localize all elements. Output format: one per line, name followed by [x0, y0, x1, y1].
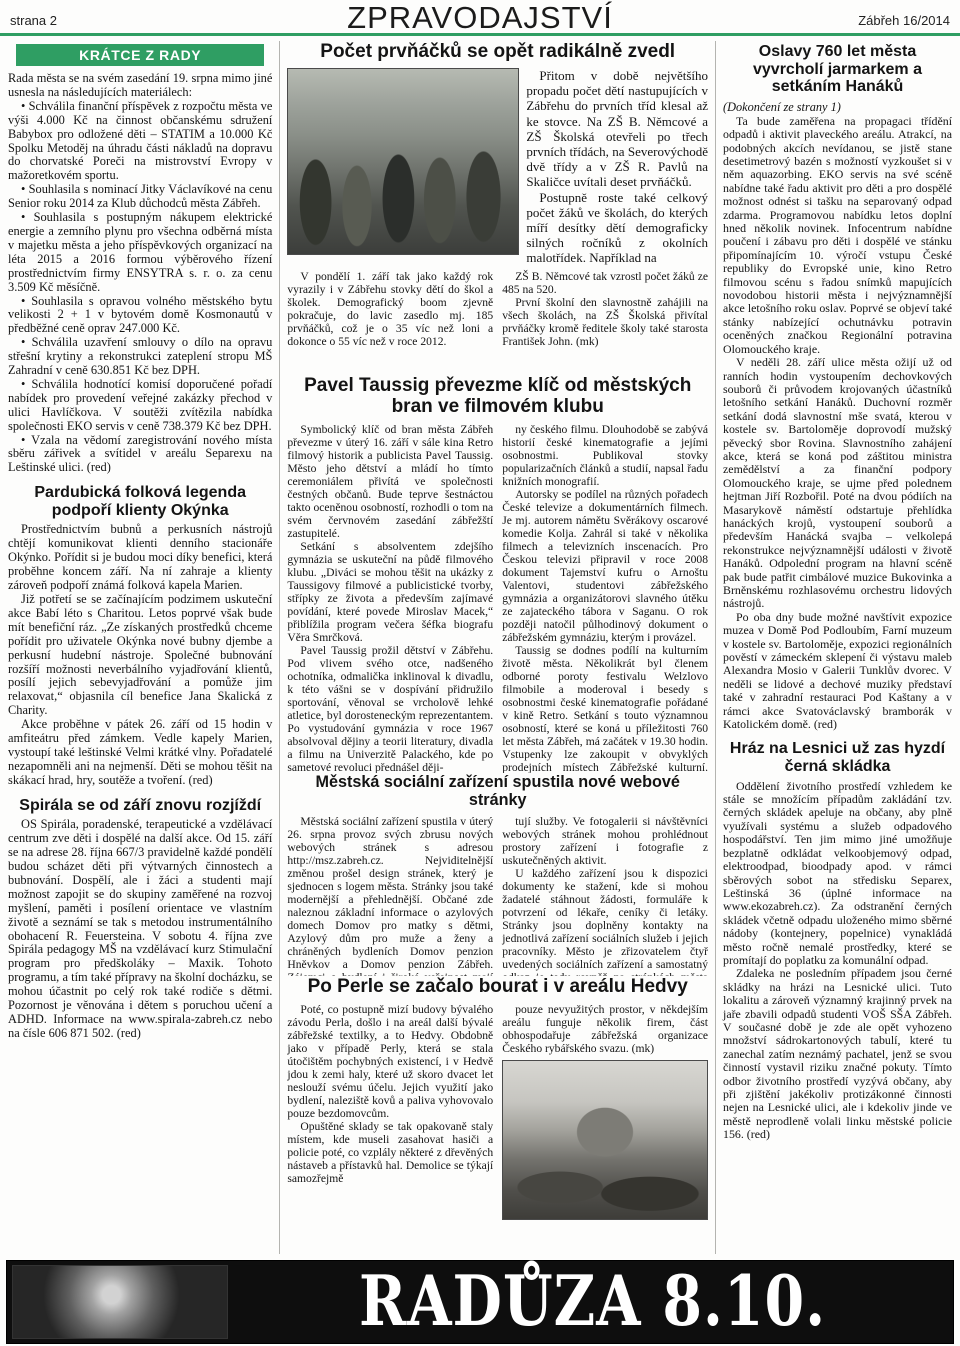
page-columns: KRÁTCE Z RADY Rada města se na svém zase… [0, 36, 960, 1254]
paragraph: • Souhlasila s nominací Jitky Václavíkov… [8, 183, 272, 211]
article-headline-taussig: Pavel Taussig převezme klíč od městských… [287, 376, 708, 418]
article-spirala-body: OS Spirála, poradenské, terapeutické a v… [8, 818, 272, 1041]
page-number: strana 2 [10, 14, 347, 33]
paragraph: pouze nevyužitých prostor, v někdejším a… [502, 1003, 708, 1055]
paragraph: OS Spirála, poradenské, terapeutické a v… [8, 818, 272, 1041]
continuation-note: (Dokončení ze strany 1) [723, 100, 952, 114]
paragraph: Poté, co postupně mizí budovy bývalého z… [287, 1003, 493, 1120]
article-text-column: ZŠ B. Němcové tak vzrostl počet žáků ze … [502, 270, 708, 348]
article-headline-hedva: Po Perle se začalo bourat i v areálu Hed… [287, 977, 708, 998]
article-text-column: V pondělí 1. září tak jako každý rok vyr… [287, 270, 493, 348]
paragraph: Přitom v době největšího propadu počet d… [526, 68, 708, 190]
raduza-portrait-photo [12, 1265, 228, 1339]
article-heading-oslavy: Oslavy 760 let města vyvrcholí jarmarkem… [727, 43, 948, 96]
paragraph: • Vzala na vědomí zaregistrování nového … [8, 434, 272, 476]
paragraph: Po oba dny bude možné navštívit expozice… [723, 611, 952, 732]
article-heading-folk: Pardubická folková legenda podpoří klien… [12, 484, 268, 519]
article-taussig: Pavel Taussig převezme klíč od městských… [287, 375, 708, 773]
paragraph: Autorsky se podílel na různých pořadech … [502, 488, 708, 644]
article-hedva: Po Perle se začalo bourat i v areálu Hed… [287, 976, 708, 1254]
newspaper-page: strana 2 ZPRAVODAJSTVÍ Zábřeh 16/2014 KR… [0, 0, 960, 1346]
paragraph: Rada města se na svém zasedání 19. srpna… [8, 72, 272, 100]
paragraph: Opuštěné sklady se tak opakovaně staly m… [287, 1120, 493, 1185]
paragraph: ny českého filmu. Dlouhodobě se zabývá h… [502, 423, 708, 488]
article-text-column: Symbolický klíč od bran města Zábřeh pře… [287, 423, 493, 773]
paragraph: Již potřetí se se začínajícím podzimem u… [8, 593, 272, 718]
article-headline-web: Městská sociální zařízení spustila nové … [287, 774, 708, 810]
paragraph: • Schválila finanční příspěvek z rozpočt… [8, 100, 272, 183]
paragraph: Prostřednictvím bubnů a perkusních nástr… [8, 523, 272, 593]
article-text-column: Poté, co postupně mizí budovy bývalého z… [287, 1003, 493, 1220]
masthead: strana 2 ZPRAVODAJSTVÍ Zábřeh 16/2014 [0, 0, 960, 36]
article-prvnacci: Počet prvňáčků se opět radikálně zvedl P… [287, 41, 708, 375]
paragraph: Městská sociální zařízení spustila v úte… [287, 815, 493, 976]
article-text-column: ny českého filmu. Dlouhodobě se zabývá h… [502, 423, 708, 773]
article-oslavy-body: Ta bude zaměřena na propagaci třídění od… [723, 115, 952, 732]
middle-column: Počet prvňáčků se opět radikálně zvedl P… [279, 41, 716, 1254]
article-folk-body: Prostřednictvím bubnů a perkusních nástr… [8, 523, 272, 787]
left-column: KRÁTCE Z RADY Rada města se na svém zase… [8, 41, 279, 1254]
paragraph: První školní den slavnostně zahájili na … [502, 296, 708, 348]
article-text-column: tují služby. Ve fotogalerii si návštěvní… [502, 815, 708, 976]
article-headline-prvnacci: Počet prvňáčků se opět radikálně zvedl [287, 42, 708, 63]
article-text-column: pouze nevyužitých prostor, v někdejším a… [502, 1003, 708, 1220]
paragraph: V pondělí 1. září tak jako každý rok vyr… [287, 270, 493, 348]
paragraph: • Souhlasila s opravou volného městského… [8, 295, 272, 337]
school-children-photo [287, 68, 519, 255]
council-bullet-list: • Schválila finanční příspěvek z rozpočt… [8, 100, 272, 475]
kratce-z-rady-heading: KRÁTCE Z RADY [16, 44, 264, 66]
paragraph: tují služby. Ve fotogalerii si návštěvní… [502, 815, 708, 867]
demolition-photo [502, 1060, 708, 1220]
paragraph: Postupně roste také celkový počet žáků v… [526, 190, 708, 266]
article-heading-skladka: Hráz na Lesnici už zas hyzdí černá sklád… [727, 740, 948, 775]
article-heading-spirala: Spirála se od září znovu rozjíždí [12, 797, 268, 815]
paragraph: • Schválila uzavření smlouvy o dílo na o… [8, 336, 272, 378]
issue-label: Zábřeh 16/2014 [858, 14, 950, 33]
paragraph: V neděli 28. září ulice města ožijí už o… [723, 356, 952, 611]
paragraph: • Souhlasila s postupným nákupem elektri… [8, 211, 272, 294]
paragraph: Ta bude zaměřena na propagaci třídění od… [723, 115, 952, 356]
article-web: Městská sociální zařízení spustila nové … [287, 773, 708, 976]
paragraph: Zdaleka ne posledním případem jsou černé… [723, 967, 952, 1141]
paragraph: Taussig se dodnes podílí na kulturním ži… [502, 644, 708, 773]
paragraph: Setkání s absolventem zdejšího gymnázia … [287, 540, 493, 644]
paragraph: U každého zařízení jsou k dispozici doku… [502, 867, 708, 976]
photo-side-text: Přitom v době největšího propadu počet d… [526, 68, 708, 266]
section-title: ZPRAVODAJSTVÍ [347, 2, 613, 33]
paragraph: • Schválila hodnotící komisí doporučené … [8, 378, 272, 434]
paragraph: Pavel Taussig prožil dětství v Zábřehu. … [287, 644, 493, 773]
raduza-banner-text: RADŮZA 8.10. [242, 1257, 943, 1346]
article-text-column: Městská sociální zařízení spustila v úte… [287, 815, 493, 976]
raduza-concert-banner: RADŮZA 8.10. [6, 1260, 954, 1344]
article-skladka-body: Oddělení životního prostředí vzhledem ke… [723, 780, 952, 1142]
paragraph: Oddělení životního prostředí vzhledem ke… [723, 780, 952, 968]
right-column: Oslavy 760 let města vyvrcholí jarmarkem… [716, 41, 952, 1254]
paragraph: Akce proběhne v pátek 26. září od 15 hod… [8, 718, 272, 788]
paragraph: ZŠ B. Němcové tak vzrostl počet žáků ze … [502, 270, 708, 296]
paragraph: Symbolický klíč od bran města Zábřeh pře… [287, 423, 493, 540]
